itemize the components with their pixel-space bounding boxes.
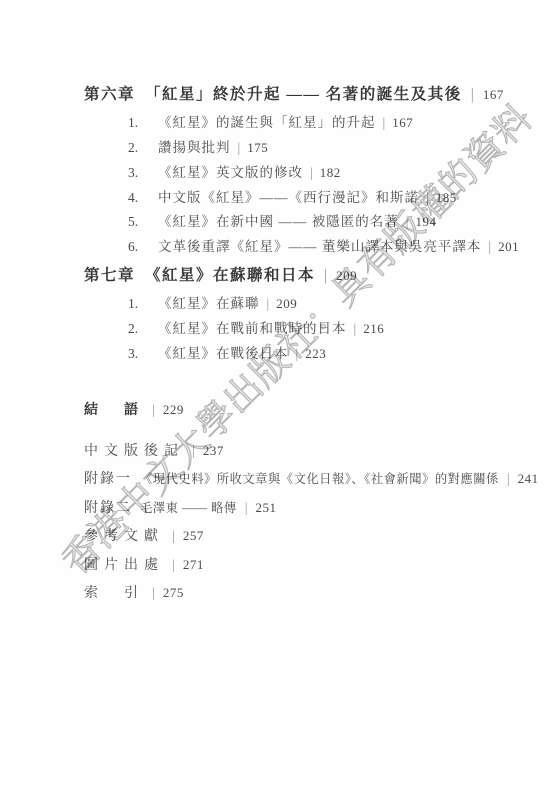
page-number: 209: [336, 268, 357, 283]
page-separator: |: [296, 347, 299, 362]
backmatter-item: 附錄一《現代史料》所收文章與《文化日報》、《社會新聞》的對應關係|241: [84, 472, 539, 487]
page-number: 237: [203, 443, 224, 458]
item-title: 《紅星》在蘇聯: [158, 297, 260, 312]
page-number: 167: [483, 87, 504, 102]
item-number: 2.: [128, 141, 158, 156]
toc-item: 1.《紅星》的誕生與「紅星」的升起|167: [84, 116, 539, 131]
backmatter-item: 中文版後記|237: [84, 444, 539, 459]
backmatter-label: 中文版後記: [84, 444, 184, 459]
chapter-title: 《紅星》在蘇聯和日本: [145, 267, 315, 284]
backmatter-item: 索 引|275: [84, 586, 539, 601]
page-separator: |: [267, 297, 270, 312]
toc-item: 5.《紅星》在新中國 —— 被隱匿的名著|194: [84, 215, 539, 230]
page-separator: |: [471, 86, 474, 103]
page-separator: |: [310, 166, 313, 181]
item-number: 1.: [128, 297, 158, 312]
item-title: 《紅星》在戰後日本: [158, 347, 289, 362]
item-title: 《紅星》在戰前和戰時的日本: [158, 322, 347, 337]
page-separator: |: [383, 116, 386, 131]
backmatter-label: 參考文獻: [84, 529, 164, 544]
toc-item: 1.《紅星》在蘇聯|209: [84, 297, 539, 312]
page-separator: |: [245, 501, 248, 516]
page-separator: |: [507, 472, 510, 487]
page-separator: |: [238, 141, 241, 156]
page-number: 201: [498, 240, 519, 255]
item-title: 《紅星》在新中國 —— 被隱匿的名著: [158, 215, 399, 230]
item-number: 6.: [128, 240, 158, 255]
toc-item: 3.《紅星》在戰後日本|223: [84, 347, 539, 362]
page-separator: |: [426, 191, 429, 206]
backmatter-label: 附錄一: [84, 472, 132, 487]
item-number: 3.: [128, 347, 158, 362]
item-title: 《紅星》英文版的修改: [158, 166, 303, 181]
page-number: 209: [276, 297, 297, 312]
item-title: 讚揚與批判: [158, 141, 231, 156]
page-number: 223: [305, 347, 326, 362]
item-number: 1.: [128, 116, 158, 131]
item-title: 中文版《紅星》——《西行漫記》和斯諾: [158, 191, 419, 206]
page-separator: |: [172, 558, 175, 573]
backmatter-title: 毛澤東 —— 略傳: [140, 501, 237, 515]
chapter-label: 第七章: [84, 267, 135, 284]
page-number: 241: [518, 471, 539, 486]
chapter-heading: 第六章「紅星」終於升起 —— 名著的誕生及其後|167: [84, 86, 539, 103]
toc-item: 3.《紅星》英文版的修改|182: [84, 166, 539, 181]
page-number: 194: [415, 215, 436, 230]
toc-item: 6.文革後重譯《紅星》—— 董樂山譯本與吳亮平譯本|201: [84, 240, 539, 255]
toc-item: 2.讚揚與批判|175: [84, 141, 539, 156]
backmatter-label: 圖片出處: [84, 558, 164, 573]
backmatter-item: 結 語|229: [84, 403, 539, 418]
page-separator: |: [152, 586, 155, 601]
page-separator: |: [172, 529, 175, 544]
backmatter-label: 結 語: [84, 403, 144, 418]
page-separator: |: [152, 403, 155, 418]
page-number: 167: [392, 116, 413, 131]
toc-item: 4.中文版《紅星》——《西行漫記》和斯諾|185: [84, 191, 539, 206]
page-number: 271: [183, 557, 204, 572]
backmatter-item: 圖片出處|271: [84, 558, 539, 573]
page-number: 275: [163, 585, 184, 600]
backmatter-label: 索 引: [84, 586, 144, 601]
page-number: 182: [320, 166, 341, 181]
page-number: 229: [163, 402, 184, 417]
backmatter-section: 結 語|229 中文版後記|237 附錄一《現代史料》所收文章與《文化日報》、《…: [84, 403, 539, 602]
book-toc-page: 香港中文大學出版社：具有版權的資料 第六章「紅星」終於升起 —— 名著的誕生及其…: [0, 0, 555, 800]
chapter-heading: 第七章《紅星》在蘇聯和日本|209: [84, 267, 539, 284]
page-number: 185: [436, 191, 457, 206]
page-separator: |: [354, 322, 357, 337]
page-number: 257: [183, 528, 204, 543]
backmatter-label: 附錄二: [84, 501, 132, 516]
item-number: 3.: [128, 166, 158, 181]
page-separator: |: [324, 267, 327, 284]
item-number: 2.: [128, 322, 158, 337]
page-separator: |: [406, 215, 409, 230]
toc-item: 2.《紅星》在戰前和戰時的日本|216: [84, 322, 539, 337]
item-number: 4.: [128, 191, 158, 206]
toc-content: 第六章「紅星」終於升起 —— 名著的誕生及其後|167 1.《紅星》的誕生與「紅…: [0, 0, 555, 800]
page-separator: |: [192, 444, 195, 459]
page-number: 251: [256, 500, 277, 515]
item-number: 5.: [128, 215, 158, 230]
backmatter-item: 參考文獻|257: [84, 529, 539, 544]
item-title: 《紅星》的誕生與「紅星」的升起: [158, 116, 376, 131]
chapter-label: 第六章: [84, 86, 135, 103]
item-title: 文革後重譯《紅星》—— 董樂山譯本與吳亮平譯本: [158, 240, 481, 255]
page-number: 175: [247, 141, 268, 156]
chapter-title: 「紅星」終於升起 —— 名著的誕生及其後: [145, 86, 462, 103]
backmatter-title: 《現代史料》所收文章與《文化日報》、《社會新聞》的對應關係: [140, 472, 499, 486]
backmatter-item: 附錄二毛澤東 —— 略傳|251: [84, 501, 539, 516]
page-number: 216: [363, 322, 384, 337]
page-separator: |: [488, 240, 491, 255]
